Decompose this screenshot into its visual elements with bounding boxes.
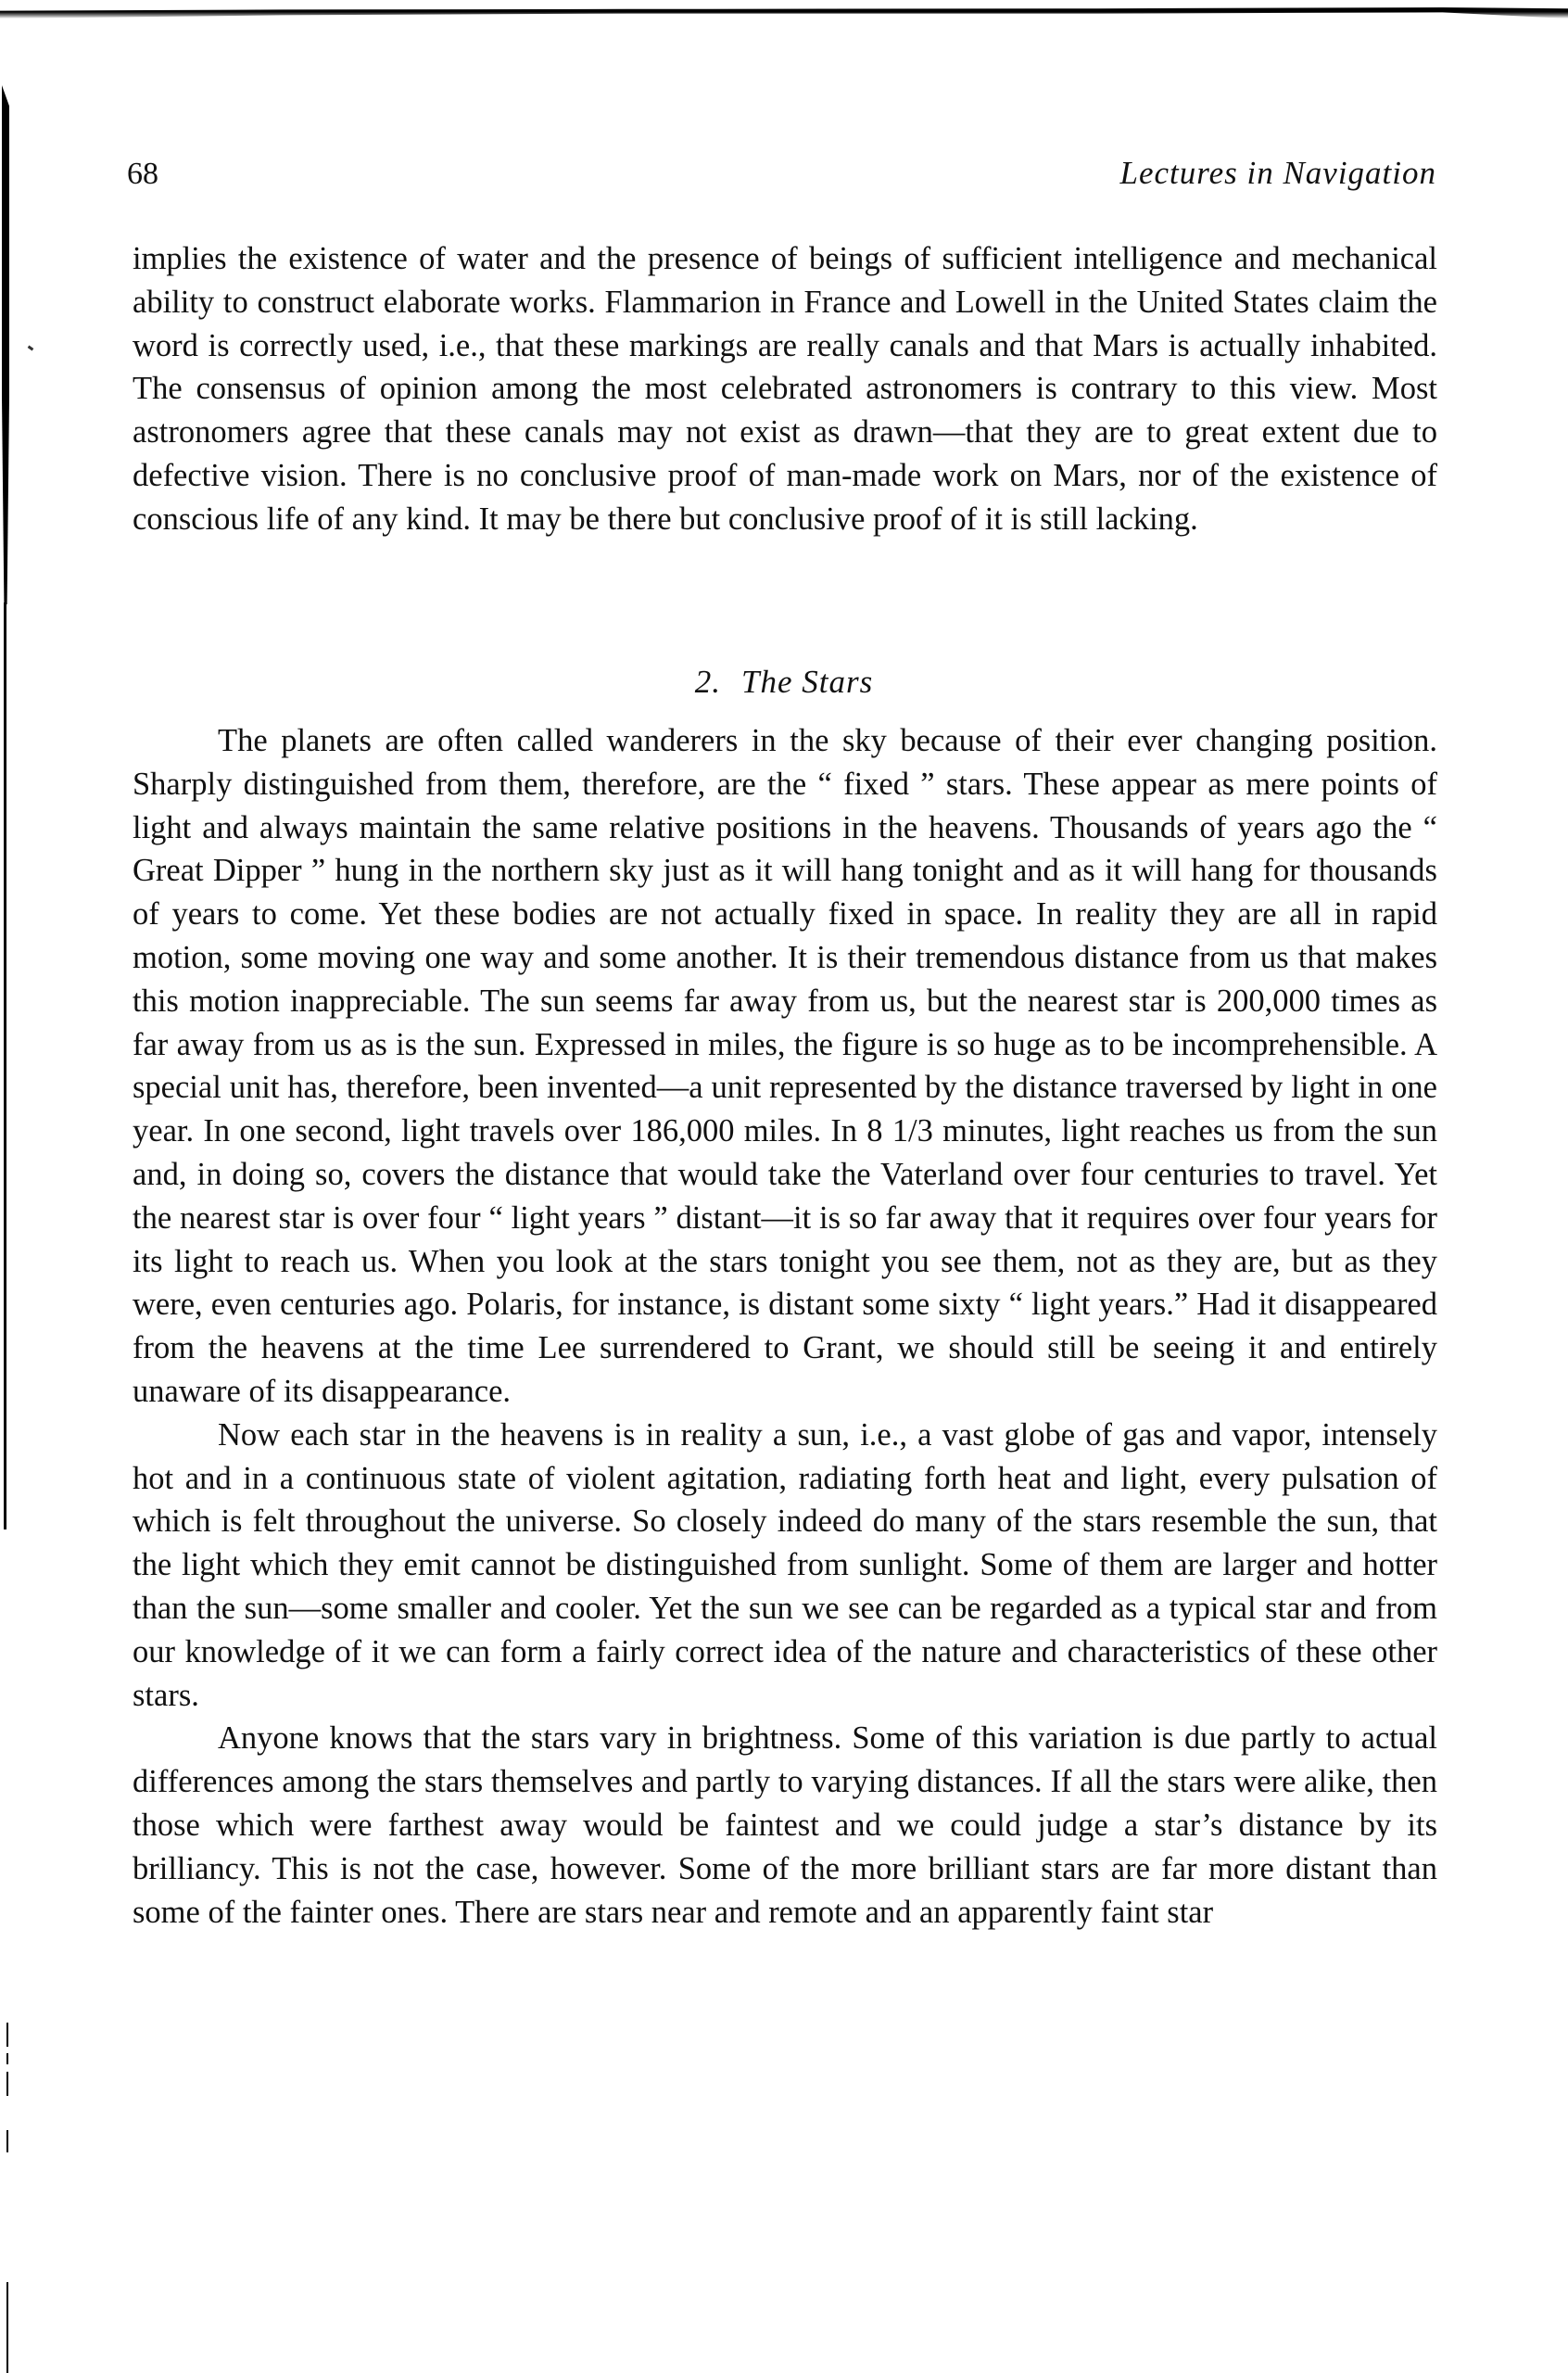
paragraph: The planets are often called wanderers i… [133, 719, 1437, 1414]
section-number: 2. [695, 664, 721, 700]
scan-speck [28, 346, 34, 351]
scan-mark-lower-4 [6, 2130, 8, 2152]
page-number: 68 [127, 156, 158, 193]
scan-mark-lower-1 [6, 2023, 8, 2047]
paragraph-text: implies the existence of water and the p… [133, 237, 1437, 541]
scan-mark-lower-3 [6, 2072, 8, 2096]
scan-edge-left [2, 85, 9, 604]
section-body: The planets are often called wanderers i… [133, 719, 1437, 1934]
section-heading: 2.The Stars [0, 662, 1568, 703]
paragraph: Now each star in the heavens is in reali… [133, 1414, 1437, 1718]
running-head: Lectures in Navigation [1119, 154, 1436, 193]
paragraph: Anyone knows that the stars vary in brig… [133, 1717, 1437, 1934]
scan-mark-lower-2 [6, 2053, 8, 2064]
continuation-paragraph: implies the existence of water and the p… [133, 237, 1437, 541]
section-title: The Stars [741, 664, 873, 700]
scan-edge-top [0, 7, 1568, 19]
scan-edge-left-thin [4, 603, 6, 1529]
scan-mark-lower-5 [6, 2282, 8, 2373]
